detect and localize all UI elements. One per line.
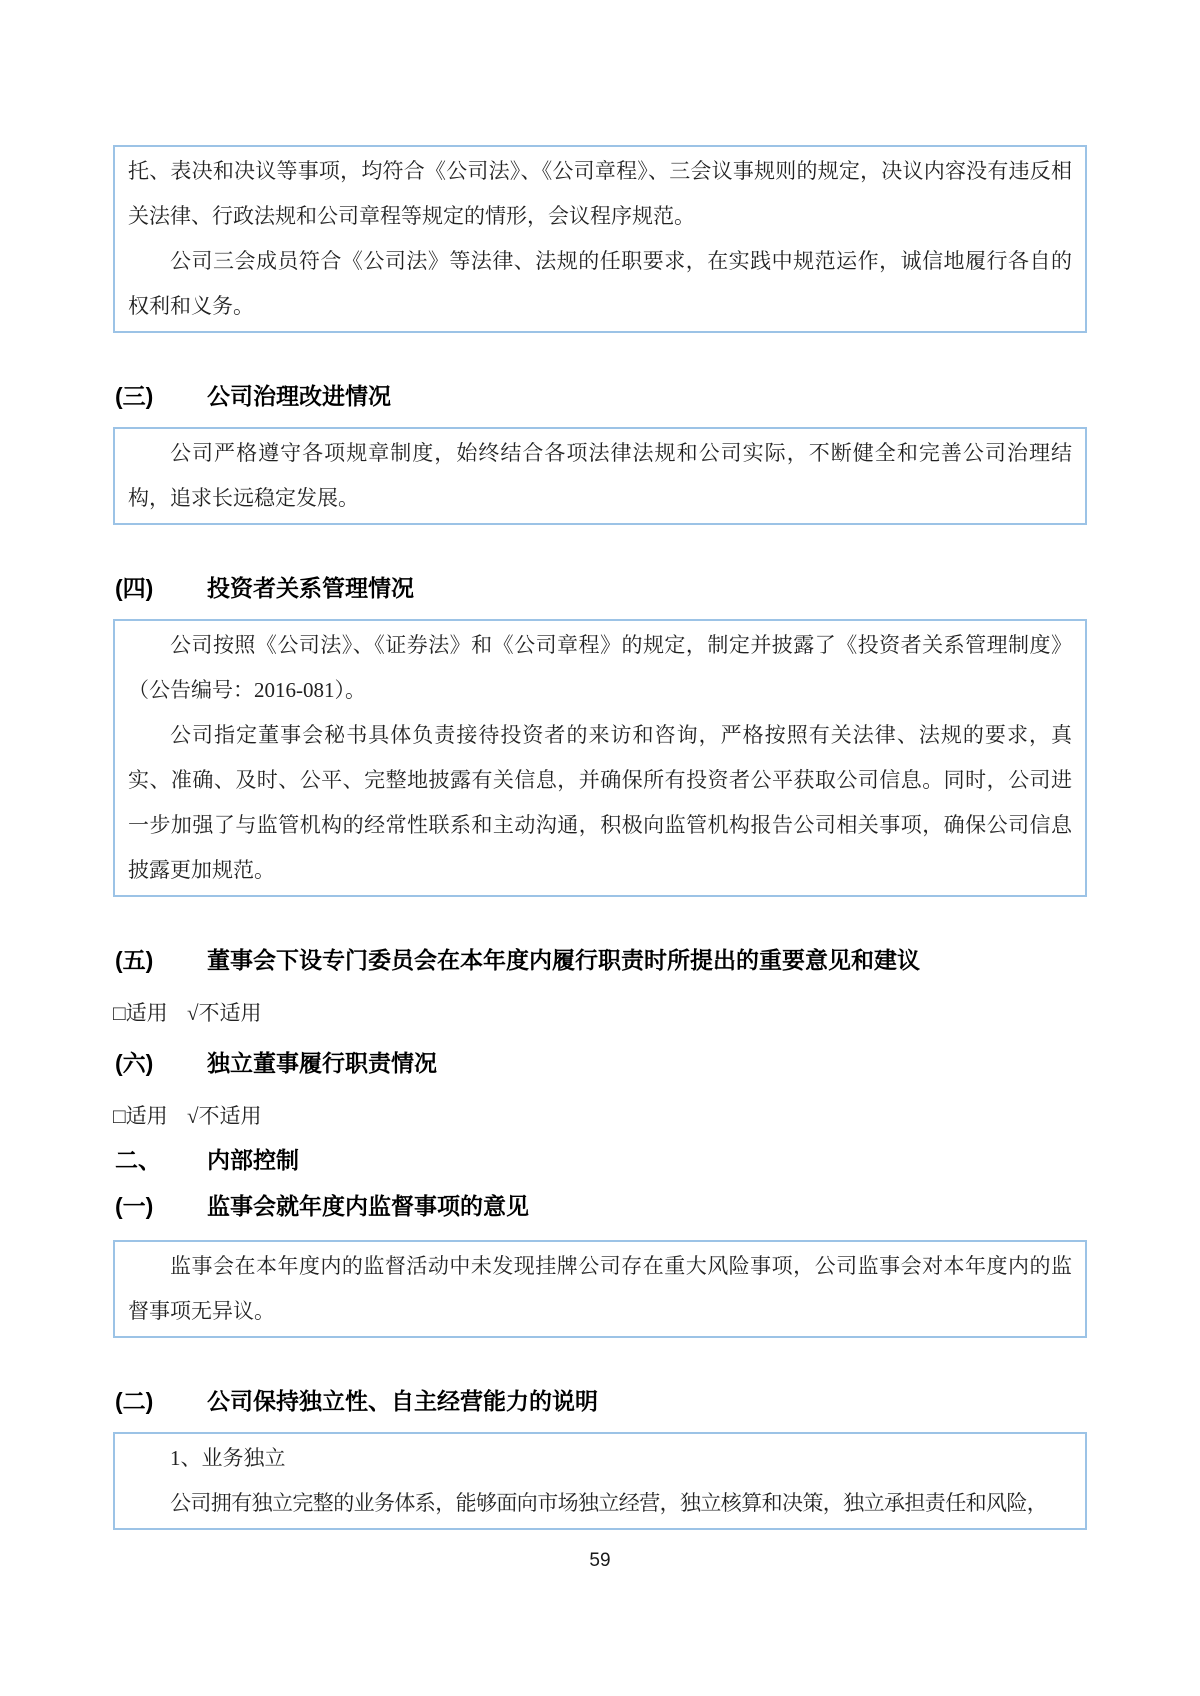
heading-title: 公司保持独立性、自主经营能力的说明 (207, 1386, 1087, 1417)
supervisory-opinion-box: 监事会在本年度内的监督活动中未发现挂牌公司存在重大风险事项，公司监事会对本年度内… (113, 1240, 1087, 1338)
heading-title: 公司治理改进情况 (207, 381, 1087, 412)
section-heading-independent-directors: (六) 独立董事履行职责情况 (115, 1048, 1087, 1079)
heading-number: (一) (115, 1191, 207, 1222)
paragraph: 托、表决和决议等事项，均符合《公司法》、《公司章程》、三会议事规则的规定，决议内… (128, 149, 1072, 239)
checkbox-applicable: □适用 (113, 1104, 168, 1128)
heading-title: 投资者关系管理情况 (207, 573, 1087, 604)
document-page: 托、表决和决议等事项，均符合《公司法》、《公司章程》、三会议事规则的规定，决议内… (0, 0, 1200, 1696)
section-heading-governance-improvement: (三) 公司治理改进情况 (115, 381, 1087, 412)
paragraph: 监事会在本年度内的监督活动中未发现挂牌公司存在重大风险事项，公司监事会对本年度内… (128, 1244, 1072, 1334)
heading-number: (四) (115, 573, 207, 604)
page-number: 59 (0, 1550, 1200, 1572)
checkmark-not-applicable: √不适用 (187, 1104, 262, 1128)
meeting-compliance-box: 托、表决和决议等事项，均符合《公司法》、《公司章程》、三会议事规则的规定，决议内… (113, 145, 1087, 333)
heading-number: (二) (115, 1386, 207, 1417)
heading-number: (三) (115, 381, 207, 412)
section-heading-independence: (二) 公司保持独立性、自主经营能力的说明 (115, 1386, 1087, 1417)
paragraph: 公司按照《公司法》、《证券法》和《公司章程》的规定，制定并披露了《投资者关系管理… (128, 623, 1072, 713)
section-heading-supervisory-opinion: (一) 监事会就年度内监督事项的意见 (115, 1191, 1087, 1222)
independence-box: 1、业务独立 公司拥有独立完整的业务体系，能够面向市场独立经营，独立核算和决策，… (113, 1432, 1087, 1530)
heading-title: 董事会下设专门委员会在本年度内履行职责时所提出的重要意见和建议 (207, 945, 1087, 976)
heading-title: 独立董事履行职责情况 (207, 1048, 1087, 1079)
heading-number: (六) (115, 1048, 207, 1079)
checkmark-not-applicable: √不适用 (187, 1001, 262, 1025)
heading-number: (五) (115, 945, 207, 976)
heading-title: 内部控制 (207, 1145, 1087, 1176)
heading-title: 监事会就年度内监督事项的意见 (207, 1191, 1087, 1222)
paragraph: 公司严格遵守各项规章制度，始终结合各项法律法规和公司实际，不断健全和完善公司治理… (128, 431, 1072, 521)
paragraph: 1、业务独立 (128, 1436, 1072, 1481)
chapter-heading-internal-control: 二、 内部控制 (115, 1145, 1087, 1176)
paragraph: 公司拥有独立完整的业务体系，能够面向市场独立经营，独立核算和决策，独立承担责任和… (128, 1481, 1072, 1526)
investor-relations-box: 公司按照《公司法》、《证券法》和《公司章程》的规定，制定并披露了《投资者关系管理… (113, 619, 1087, 897)
section-heading-special-committees: (五) 董事会下设专门委员会在本年度内履行职责时所提出的重要意见和建议 (115, 945, 1087, 976)
applicability-line-1: □适用 √不适用 (113, 998, 1087, 1028)
checkbox-applicable: □适用 (113, 1001, 168, 1025)
heading-number: 二、 (115, 1145, 207, 1176)
governance-improvement-box: 公司严格遵守各项规章制度，始终结合各项法律法规和公司实际，不断健全和完善公司治理… (113, 427, 1087, 525)
section-heading-investor-relations: (四) 投资者关系管理情况 (115, 573, 1087, 604)
applicability-line-2: □适用 √不适用 (113, 1101, 1087, 1131)
paragraph: 公司三会成员符合《公司法》等法律、法规的任职要求，在实践中规范运作，诚信地履行各… (128, 239, 1072, 329)
paragraph: 公司指定董事会秘书具体负责接待投资者的来访和咨询，严格按照有关法律、法规的要求，… (128, 713, 1072, 893)
